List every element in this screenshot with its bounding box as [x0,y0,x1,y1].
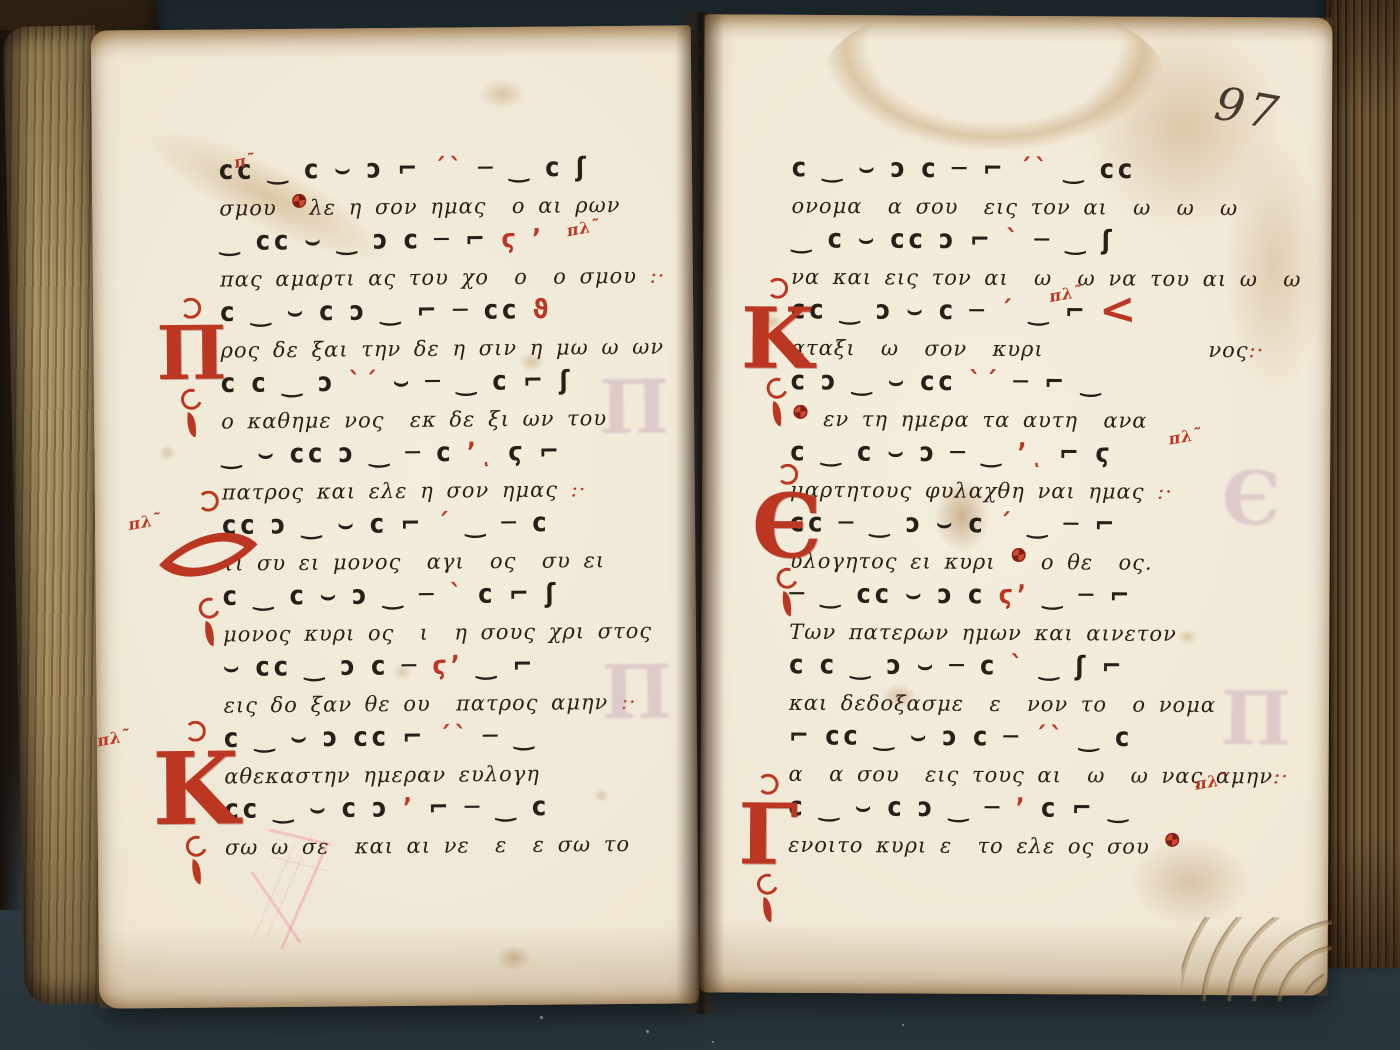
neume-segment: ‿ ϲ ⌣ ϲϲ ɔ ⌐ [791,223,1006,255]
neume-segment: ˋ [1006,224,1035,255]
neume-line: ϲϲ ‿ ⌣ ϲ ɔ ʼ ⌐ ─ ‿ ϲ [224,781,636,824]
neume-line: ϲ ‿ ⌣ ɔ ϲ ─ ⌐ ˊˋ ‿ ϲϲ [792,143,1238,184]
neume-line: ‿ ⌣ ϲϲ ɔ ‿ ─ ϲ ʼͺ ϛ ⌐ [221,426,633,469]
manuscript-page-right: 97 ϲ ‿ ⌣ ɔ ϲ ─ ⌐ ˊˋ ‿ ϲϲονομα α σου εις … [699,14,1332,995]
neume-segment: ‿ ─ ⌐ [1027,508,1118,539]
neume-line: ─ ‿ ϲϲ ⌣ ɔ ϲ ϛʼ ‿ ─ ⌐ [789,569,1235,610]
flourish-pendant [202,621,216,646]
flourish-curl [181,298,202,319]
manuscript-photograph: ϲϲ ‿ ϲ ⌣ ɔ ⌐ ˊˋ ─ ‿ ϲ ʃσμου λε η σον ημα… [0,0,1400,1050]
dust-speck [712,1041,714,1043]
neume-segment: ˊˋ [1034,721,1066,752]
stain [479,79,525,109]
flourish-pendant [770,401,784,426]
neume-segment: ϲ ‿ ϲ ⌣ ɔ ‿ ─ [223,578,450,611]
rosette-ornament [1011,548,1025,562]
stain [824,0,1165,151]
initial-letter: Π [156,319,226,388]
rosette-ornament [793,405,807,419]
neume-segment: ϛʼ [999,579,1031,610]
neume-segment: ʼͺ [467,436,496,467]
neume-segment: ϲ ɔ ‿ ⌣ ϲϲ [791,365,970,397]
neume-line: ϲ ‿ ϲ ⌣ ɔ ‿ ─ ˋ ϲ ⌐ ʃ [222,568,634,611]
stain [699,919,1327,995]
lyric-text: :· [1273,764,1289,788]
neume-line: ⌐ ϲϲ ‿ ⌣ ɔ ϲ ─ ˊˋ ‿ ϲ [789,711,1235,752]
neume-segment: ϲ ‿ ⌣ ϲ ɔ ‿ ─ [788,791,1015,823]
neume-segment: ˊ [999,508,1028,539]
neume-segment: ‿ ⌣ ϲϲ ɔ ‿ ─ ϲ [221,436,467,469]
neume-line: ϲϲ ‿ ϲ ⌣ ɔ ⌐ ˊˋ ─ ‿ ϲ ʃ [219,142,631,185]
dust-speck [646,1030,649,1033]
neume-segment: ϲ ⌐ ʃ [478,577,559,609]
flourish-pendant [190,859,204,884]
lyric-line: ενοιτο κυρι ε το ελε ος σου [788,821,1234,859]
neume-segment: ˊˋ [439,720,471,751]
text-column-right: ϲ ‿ ⌣ ɔ ϲ ─ ⌐ ˊˋ ‿ ϲϲονομα α σου εις τον… [788,147,1238,859]
neume-segment: ϛʼ [432,649,464,680]
dust-speck [902,1024,904,1026]
neume-segment: ʼͺ [1017,437,1046,468]
neume-segment: ‿ ─ ϲ [453,506,551,538]
neume-segment: ˋ [450,578,479,609]
curled-page-corner [1181,917,1331,1002]
neume-segment: ‿ ϲϲ ⌣ ‿ ɔ ϲ ─ ⌐ [219,223,501,256]
neume-segment: ˋˊ [349,366,394,397]
manuscript-page-left: ϲϲ ‿ ϲ ⌣ ɔ ⌐ ˊˋ ─ ‿ ϲ ʃσμου λε η σον ημα… [91,25,700,1008]
neume-segment: ─ ‿ ϲ ʃ [466,151,590,183]
library-stamp-faded [238,823,389,974]
stain [158,445,176,461]
neume-segment: ϲ ϲ ‿ ɔ [221,366,349,398]
neume-segment: ‿ ϲϲ [1051,153,1136,184]
lyric-text: :· [1249,338,1265,362]
neume-segment: ϛ ⌐ [496,435,563,466]
neume-segment: ϲ ‿ ϲ ⌣ ɔ ─ ‿ [790,436,1017,468]
flourish-curl [758,774,779,795]
neume-segment: ‿ ⌐ [464,648,537,679]
neume-line: ϲ ɔ ‿ ⌣ ϲϲ ˋˊ ─ ⌐ ‿ [791,356,1237,397]
neume-segment: ˋ [1011,650,1027,681]
neume-segment: ‿ ⌐ [1016,295,1089,326]
neume-segment: ϲ ‿ ⌣ ɔ ϲϲ ⌐ [224,720,439,753]
stain [497,945,531,971]
flourish-curl [754,871,782,899]
neume-segment: ─ ‿ [471,719,538,750]
neume-segment: ⌐ ϲϲ ‿ ⌣ ɔ ϲ ─ [789,720,1035,752]
neume-segment: ˊ [1000,295,1016,326]
neume-line: ϲ ϲ ‿ ɔ ⌣ ─ ϲ ˋ ‿ ʃ ⌐ [789,640,1235,681]
flourish-curl [182,832,210,860]
neume-segment: ─ ‿ ʃ [1034,224,1115,255]
neume-segment: ⌣ ─ ‿ ϲ ⌐ ʃ [393,364,573,396]
neume-segment: ˊˋ [1019,153,1051,184]
neume-segment: ⌣ ϲϲ ‿ ɔ ϲ ─ [223,649,432,682]
rosette-ornament [292,194,306,208]
stain [761,313,783,331]
neume-segment: ϲ ϲ ‿ ɔ ⌣ ─ ϲ [789,649,1011,681]
neume-line: ϲ ‿ ⌣ ϲ ɔ ‿ ─ ʼ ϲ ⌐ ‿ [788,782,1234,823]
neume-segment: ϑ [532,293,552,324]
neume-segment: ʼ [1016,792,1042,823]
neume-segment: ϲϲ ─ ‿ ɔ ⌣ ϲ [790,507,999,539]
neume-line: ‿ ϲ ⌣ ϲϲ ɔ ⌐ ˋ ─ ‿ ʃ [791,214,1237,255]
flourish-curl [195,594,223,622]
stain [99,923,700,1008]
stain [704,14,1332,43]
neume-segment: ϲϲ ‿ ϲ ⌣ ɔ ⌐ [219,152,434,185]
flourish-curl [197,491,218,512]
neume-segment: ϲ ⌐ ‿ [1041,792,1132,823]
neume-line: ϲϲ ─ ‿ ɔ ⌣ ϲ ˊ ‿ ─ ⌐ [790,498,1236,539]
rosette-ornament [1165,833,1179,847]
flourish-curl [763,375,791,403]
initial-pi: Π [156,296,227,437]
flourish-pendant [761,897,775,922]
neume-segment: ϛ ʼ [501,222,545,253]
dust-speck [540,1016,543,1019]
neume-segment: ‿ ʃ ⌐ [1027,650,1126,681]
neume-segment: ─ ‿ ϲϲ ⌣ ɔ ϲ [789,578,998,610]
neume-segment: ─ ⌐ ‿ [1013,366,1104,397]
neume-segment: ⌐ ─ ‿ ϲ [428,790,550,822]
neume-line: ⌣ ϲϲ ‿ ɔ ϲ ─ ϛʼ ‿ ⌐ [223,639,635,682]
neume-segment: ʼ [403,791,429,822]
text-column-left: ϲϲ ‿ ϲ ⌣ ɔ ⌐ ˊˋ ─ ‿ ϲ ʃσμου λε η σον ημα… [219,146,637,860]
neume-segment: ˋˊ [969,365,1014,396]
neume-line: ϲ ‿ ⌣ ϲ ɔ ‿ ⌐ ─ ϲϲ ϑ [220,284,632,327]
neume-segment: ⌐ ϛ [1046,437,1113,468]
flourish-pendant [185,412,199,437]
neume-line: ϲϲ ɔ ‿ ⌣ ϲ ⌐ ˊ ‿ ─ ϲ [222,497,634,540]
neume-line: ϲ ‿ ϲ ⌣ ɔ ─ ‿ ʼͺ ⌐ ϛ [790,427,1236,468]
neume-line: ‿ ϲϲ ⌣ ‿ ɔ ϲ ─ ⌐ ϛ ʼ [219,213,631,256]
mode-signature-martyria: πλ῀ [127,509,164,534]
stain [91,25,691,60]
neume-segment: ˊ [437,507,453,538]
neume-line: ϲ ϲ ‿ ɔ ˋˊ ⌣ ─ ‿ ϲ ⌐ ʃ [221,355,633,398]
neume-segment: ϲ ‿ ⌣ ϲ ɔ ‿ ⌐ ─ ϲϲ [220,293,533,327]
neume-segment: ϲ ‿ ⌣ ɔ ϲ ─ ⌐ [792,152,1020,184]
mode-signature-martyria: πλ῀ [95,726,132,751]
neume-line: ϲ ‿ ⌣ ɔ ϲϲ ⌐ ˊˋ ─ ‿ [224,710,636,753]
lyric-text: ενοιτο κυρι ε το ελε ος σου [788,833,1162,859]
flourish-curl [178,385,206,413]
flourish-curl [767,278,788,299]
lyric-text: :· [637,264,666,288]
neume-segment: ϲϲ ‿ ɔ ⌣ ϲ ─ [791,294,1000,326]
neume-segment: ϲϲ ‿ ⌣ ϲ ɔ [224,792,403,824]
flourish-curl [185,721,206,742]
neume-line: ϲϲ ‿ ɔ ⌣ ϲ ─ ˊ ‿ ⌐ [791,285,1237,326]
book-fore-edge [1326,0,1400,968]
neume-segment: ϲϲ ɔ ‿ ⌣ ϲ ⌐ [222,507,437,540]
folio-number: 97 [1211,76,1286,141]
neume-segment: ˊˋ [434,152,466,183]
neume-segment: ‿ ϲ [1066,721,1133,752]
neume-segment: ‿ ─ ⌐ [1030,579,1134,610]
